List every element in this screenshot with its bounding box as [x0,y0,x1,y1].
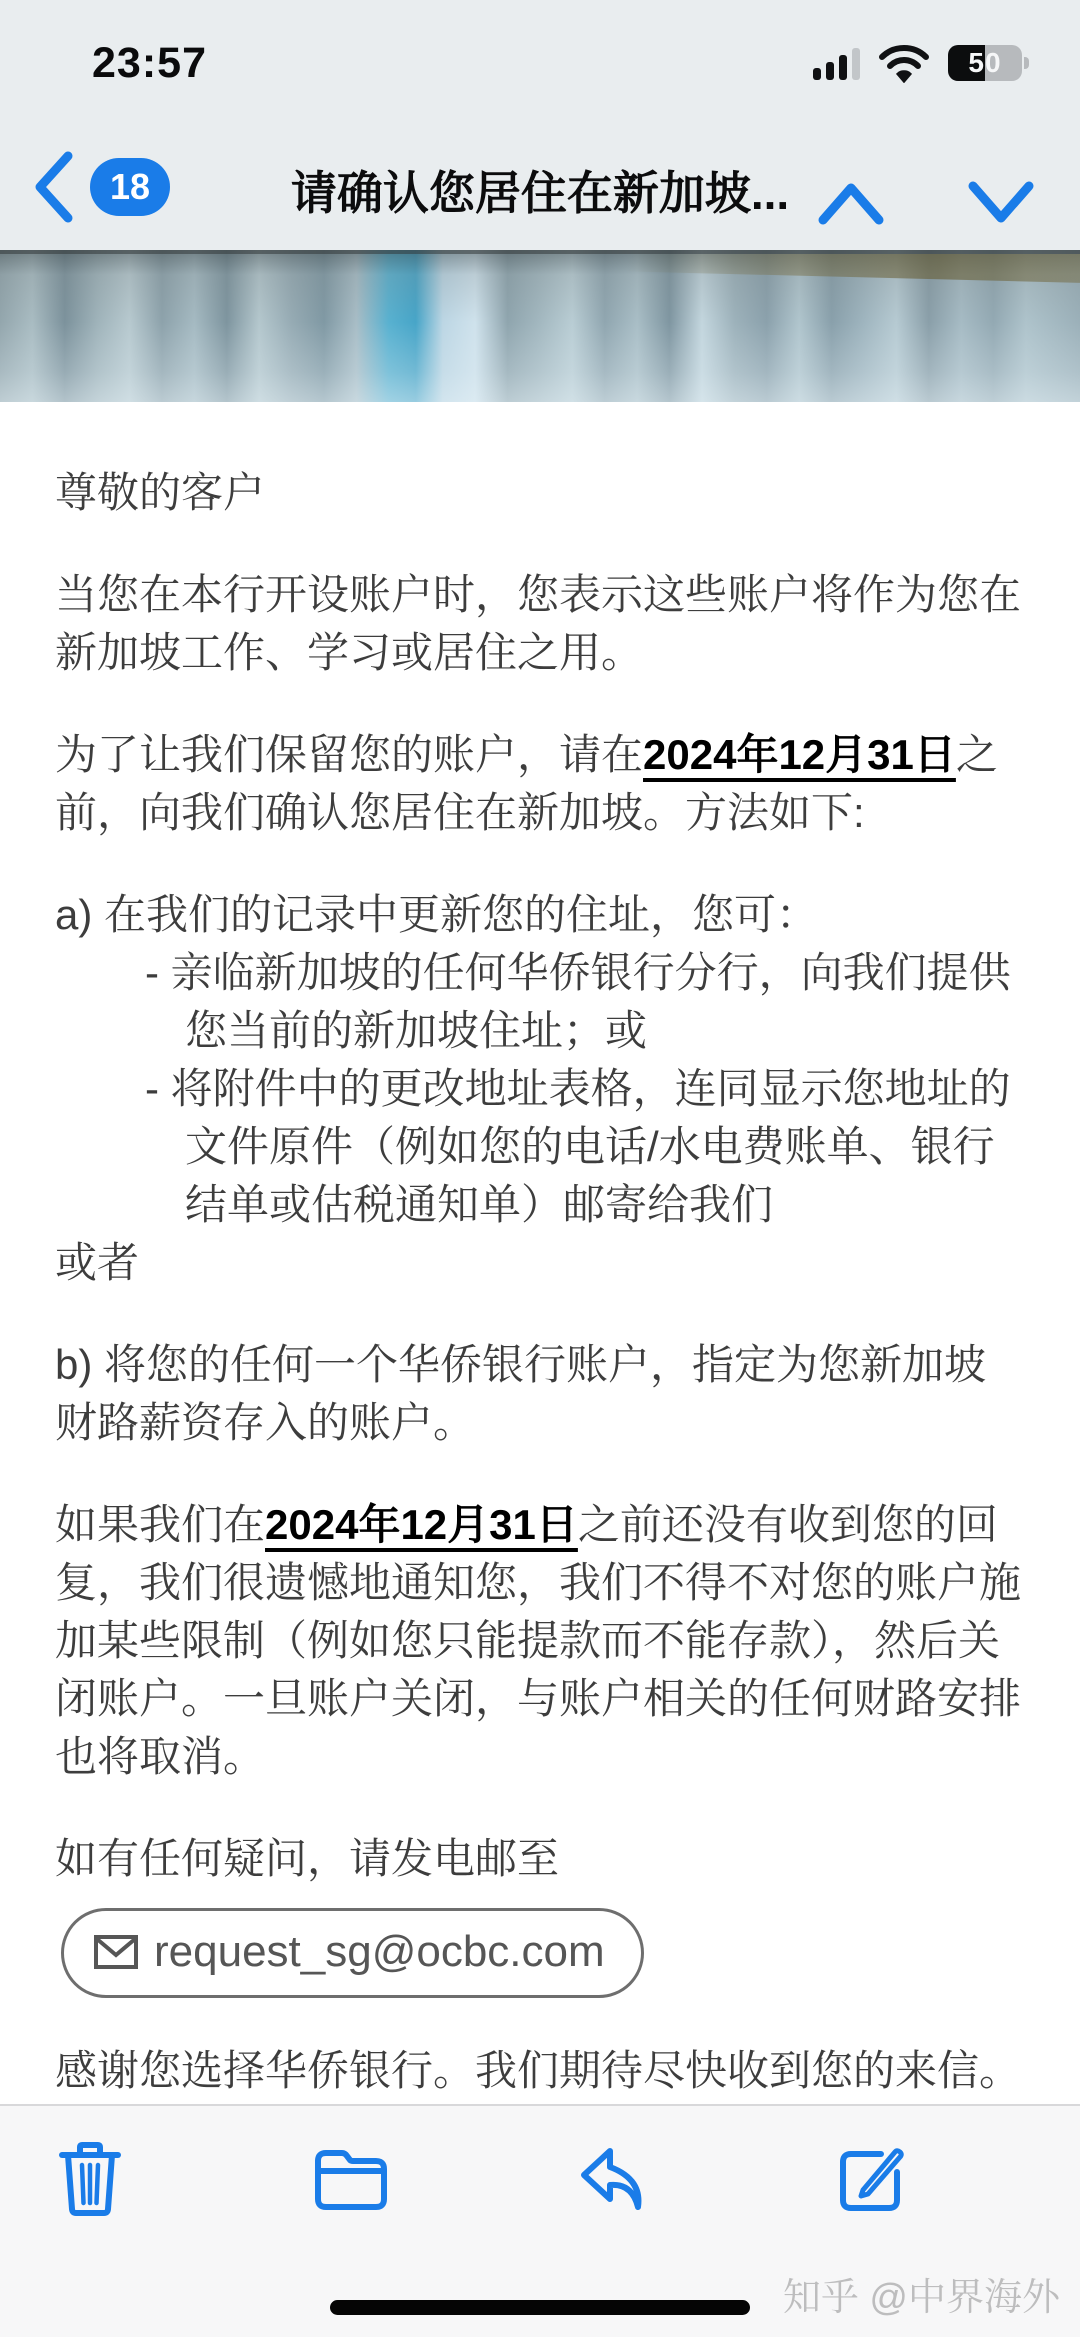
home-indicator[interactable] [330,2300,750,2315]
envelope-icon [94,1935,138,1969]
previous-message-button[interactable] [815,164,887,242]
reply-button[interactable] [575,2140,647,2218]
clock: 23:57 [92,39,207,88]
cellular-signal-icon [813,46,860,80]
paragraph-warning: 如果我们在2024年12月31日之前还没有收到您的回复，我们很遗憾地通知您，我们… [55,1496,1025,1786]
trash-icon [58,2141,122,2217]
closing-line: 感谢您选择华侨银行。我们期待尽快收到您的来信。 [55,2042,1025,2100]
back-button[interactable]: 18 [30,148,170,226]
top-chrome: 23:57 50 [0,0,1080,250]
folder-icon [314,2147,388,2211]
trash-button[interactable] [54,2140,126,2218]
unread-count-badge: 18 [90,158,170,216]
mail-app-screen: 23:57 50 [0,0,1080,2337]
wifi-icon [878,43,930,83]
watermark: 知乎 @中界海外 [783,2266,1060,2321]
option-a-item-1: - 亲临新加坡的任何华侨银行分行，向我们提供您当前的新加坡住址；或 [55,944,1025,1060]
contact-line: 如有任何疑问，请发电邮至 [55,1830,1025,1888]
or-text: 或者 [55,1234,1025,1292]
option-b: b) 将您的任何一个华侨银行账户，指定为您新加坡财路薪资存入的账户。 [55,1336,1025,1452]
status-icons: 50 [813,43,1022,83]
next-message-button[interactable] [965,164,1037,242]
compose-icon [837,2144,907,2214]
paragraph-deadline: 为了让我们保留您的账户，请在2024年12月31日之前，向我们确认您居住在新加坡… [55,726,1025,842]
chevron-left-icon [30,148,76,226]
email-banner-image [0,250,1080,402]
chevron-up-icon [815,178,887,228]
chevron-down-icon [965,178,1037,228]
warning-date: 2024年12月31日 [265,1501,578,1548]
compose-button[interactable] [836,2140,908,2218]
greeting: 尊敬的客户 [55,464,1025,522]
status-bar: 23:57 50 [0,28,1080,98]
option-a-label: a) 在我们的记录中更新您的住址，您可： [55,886,1025,944]
email-body: 尊敬的客户 当您在本行开设账户时，您表示这些账户将作为您在新加坡工作、学习或居住… [0,402,1080,2104]
battery-percent: 50 [968,47,1001,79]
mail-nav-bar: 18 请确认您居住在新加坡... [0,130,1080,250]
option-a-item-2: - 将附件中的更改地址表格，连同显示您地址的文件原件（例如您的电话/水电费账单、… [55,1060,1025,1234]
paragraph-intro: 当您在本行开设账户时，您表示这些账户将作为您在新加坡工作、学习或居住之用。 [55,566,1025,682]
move-to-folder-button[interactable] [315,2140,387,2218]
contact-email-button[interactable]: request_sg@ocbc.com [61,1908,644,1998]
battery-icon: 50 [948,45,1022,81]
email-subject-title: 请确认您居住在新加坡... [291,157,789,223]
contact-email-address: request_sg@ocbc.com [154,1923,605,1981]
deadline-date: 2024年12月31日 [643,731,956,778]
reply-icon [576,2145,646,2213]
